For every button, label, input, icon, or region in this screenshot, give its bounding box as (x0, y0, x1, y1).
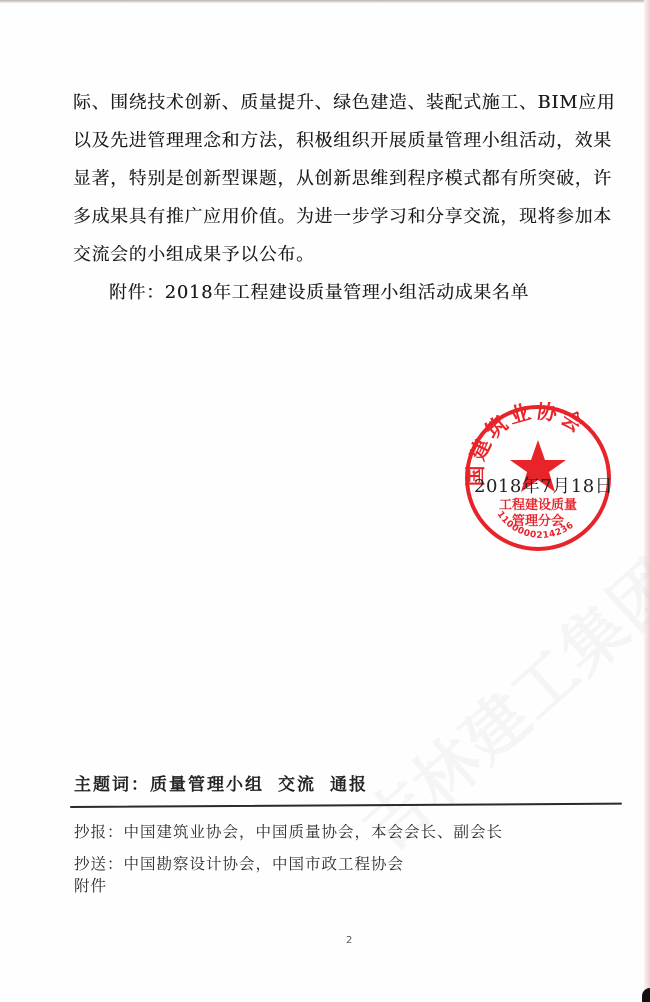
page-corner (642, 988, 650, 1002)
cc-report-recipients: 中国建筑业协会，中国质量协会，本会会长、副会长 (124, 823, 504, 841)
body-line-4: 多成果具有推广应用价值。为进一步学习和分享交流，现将参加本 (73, 198, 613, 236)
page-number: 2 (346, 935, 352, 946)
cc-send-recipients: 中国勘察设计协会，中国市政工程协会 (124, 855, 405, 873)
body-paragraph: 际、围绕技术创新、质量提升、绿色建造、装配式施工、BIM应用 以及先进管理理念和… (73, 84, 613, 312)
keyword: 通报 (330, 775, 368, 795)
seal-center-line1: 工程建设质量 (499, 497, 577, 513)
keywords-line: 主题词：质量管理小组交流通报 (74, 770, 368, 795)
keyword: 交流 (278, 775, 316, 795)
attachment-label: 附件 (74, 874, 107, 896)
body-line-5: 交流会的小组成果予以公布。 (73, 236, 613, 274)
cc-send-label: 抄送： (74, 855, 124, 873)
issue-date: 2018年7月18日 (474, 472, 613, 498)
body-line-3: 显著，特别是创新型课题，从创新思维到程序模式都有所突破，许 (73, 160, 613, 198)
body-line-1: 际、围绕技术创新、质量提升、绿色建造、装配式施工、BIM应用 (73, 84, 613, 122)
divider-rule (70, 803, 622, 808)
page-right-edge (644, 0, 650, 1002)
cc-report-line: 抄报：中国建筑业协会，中国质量协会，本会会长、副会长 (74, 820, 503, 842)
page-top-edge (0, 0, 650, 3)
attachment-line: 附件：2018年工程建设质量管理小组活动成果名单 (73, 274, 613, 312)
keyword: 质量管理小组 (150, 775, 264, 795)
keywords-label: 主题词： (74, 775, 150, 795)
cc-report-label: 抄报： (74, 823, 124, 841)
body-line-2: 以及先进管理理念和方法，积极组织开展质量管理小组活动，效果 (73, 122, 613, 160)
watermark: 吉林建工集团 (340, 535, 650, 868)
cc-send-line: 抄送：中国勘察设计协会，中国市政工程协会 (74, 852, 404, 874)
